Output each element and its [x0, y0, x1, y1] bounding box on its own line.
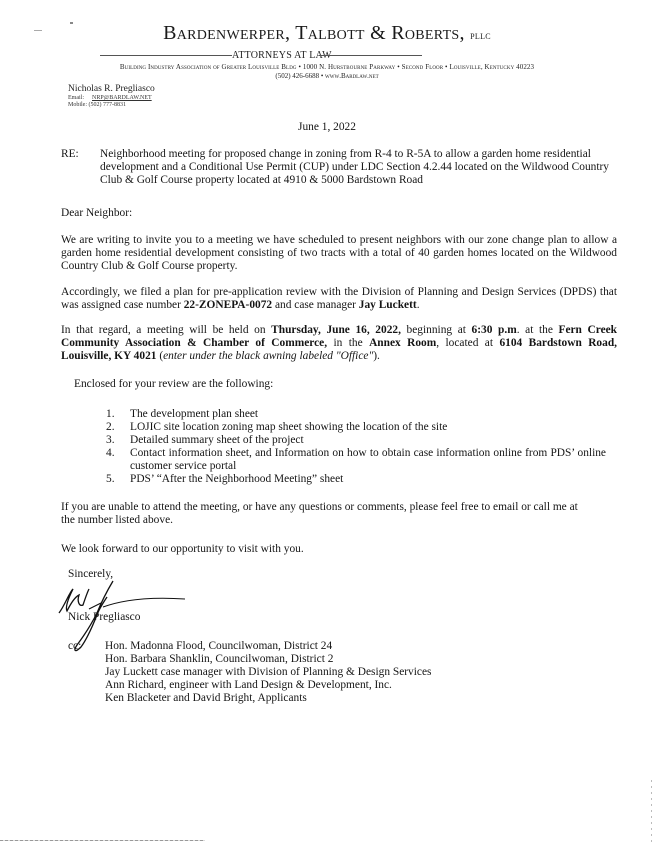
re-label: RE:	[61, 148, 79, 161]
paragraph-meeting: In that regard, a meeting will be held o…	[61, 324, 617, 363]
sender-name: Nicholas R. Pregliasco	[68, 84, 155, 94]
paragraph-closing: We look forward to our opportunity to vi…	[61, 543, 617, 556]
item-number: 1.	[106, 408, 115, 421]
firm-suffix: pllc	[470, 28, 491, 42]
scan-edge-right	[651, 780, 652, 842]
cc-recipient: Jay Luckett case manager with Division o…	[105, 666, 431, 679]
case-manager: Jay Luckett	[359, 299, 417, 311]
enclosure-item: 4.Contact information sheet, and Informa…	[106, 447, 606, 473]
mobile-label: Mobile:	[68, 102, 87, 108]
meeting-time: 6:30 p.m	[472, 324, 517, 336]
scan-edge-bottom	[0, 840, 205, 841]
text: ).	[373, 350, 380, 362]
entry-note: enter under the black awning labeled "Of…	[163, 350, 373, 362]
tagline-row: ATTORNEYS AT LAW	[0, 50, 654, 62]
firm-name: Bardenwerper, Talbott & Roberts, pllc	[0, 22, 654, 45]
cc-recipient: Hon. Barbara Shanklin, Councilwoman, Dis…	[105, 653, 431, 666]
firm-name-text: Bardenwerper, Talbott & Roberts,	[163, 22, 465, 44]
enclosure-item: 3.Detailed summary sheet of the project	[106, 434, 606, 447]
text: in the	[327, 337, 369, 349]
text: beginning at	[401, 324, 472, 336]
mobile-number: (502) 777-8831	[89, 102, 127, 108]
enclosure-item: 1.The development plan sheet	[106, 408, 606, 421]
case-number: 22-ZONEPA-0072	[184, 299, 272, 311]
text: , located at	[436, 337, 499, 349]
cc-label: cc:	[68, 640, 81, 653]
item-text: Contact information sheet, and Informati…	[130, 447, 606, 472]
item-number: 2.	[106, 421, 115, 434]
text: . at the	[517, 324, 559, 336]
cc-recipient: Ken Blacketer and David Bright, Applican…	[105, 692, 431, 705]
item-text: Detailed summary sheet of the project	[130, 434, 304, 446]
meeting-room: Annex Room	[369, 337, 436, 349]
sender-mobile-line: Mobile: (502) 777-8831	[68, 102, 126, 108]
paragraph-case: Accordingly, we filed a plan for pre-app…	[61, 286, 617, 312]
sender-email-line: Email:NRP@BARDLAW.NET	[68, 95, 152, 101]
re-subject: Neighborhood meeting for proposed change…	[100, 148, 620, 187]
email-link[interactable]: NRP@BARDLAW.NET	[92, 95, 152, 101]
divider-left	[100, 55, 232, 56]
firm-address: Building Industry Association of Greater…	[0, 63, 654, 71]
divider-right	[319, 55, 422, 56]
firm-tagline: ATTORNEYS AT LAW	[232, 50, 319, 61]
enclosed-intro: Enclosed for your review are the followi…	[74, 378, 273, 391]
letter-date: June 1, 2022	[0, 121, 654, 134]
item-text: The development plan sheet	[130, 408, 258, 420]
text: and case manager	[272, 299, 359, 311]
salutation: Dear Neighbor:	[61, 207, 132, 220]
paragraph-invitation: We are writing to invite you to a meetin…	[61, 234, 617, 273]
enclosure-item: 2.LOJIC site location zoning map sheet s…	[106, 421, 606, 434]
item-text: PDS’ “After the Neighborhood Meeting” sh…	[130, 473, 343, 485]
email-label: Email:	[68, 95, 84, 101]
text: In that regard, a meeting will be held o…	[61, 324, 271, 336]
enclosures-list: 1.The development plan sheet 2.LOJIC sit…	[106, 408, 606, 486]
item-text: LOJIC site location zoning map sheet sho…	[130, 421, 447, 433]
signer-name: Nick Pregliasco	[68, 611, 140, 624]
item-number: 5.	[106, 473, 115, 486]
cc-recipient: Hon. Madonna Flood, Councilwoman, Distri…	[105, 640, 431, 653]
item-number: 4.	[106, 447, 115, 460]
paragraph-contact: If you are unable to attend the meeting,…	[61, 501, 581, 527]
enclosure-item: 5.PDS’ “After the Neighborhood Meeting” …	[106, 473, 606, 486]
text: .	[417, 299, 420, 311]
cc-recipient: Ann Richard, engineer with Land Design &…	[105, 679, 431, 692]
meeting-date: Thursday, June 16, 2022,	[271, 324, 401, 336]
cc-list: Hon. Madonna Flood, Councilwoman, Distri…	[105, 640, 431, 705]
item-number: 3.	[106, 434, 115, 447]
firm-contact: (502) 426-6688 • www.Bardlaw.net	[0, 72, 654, 80]
